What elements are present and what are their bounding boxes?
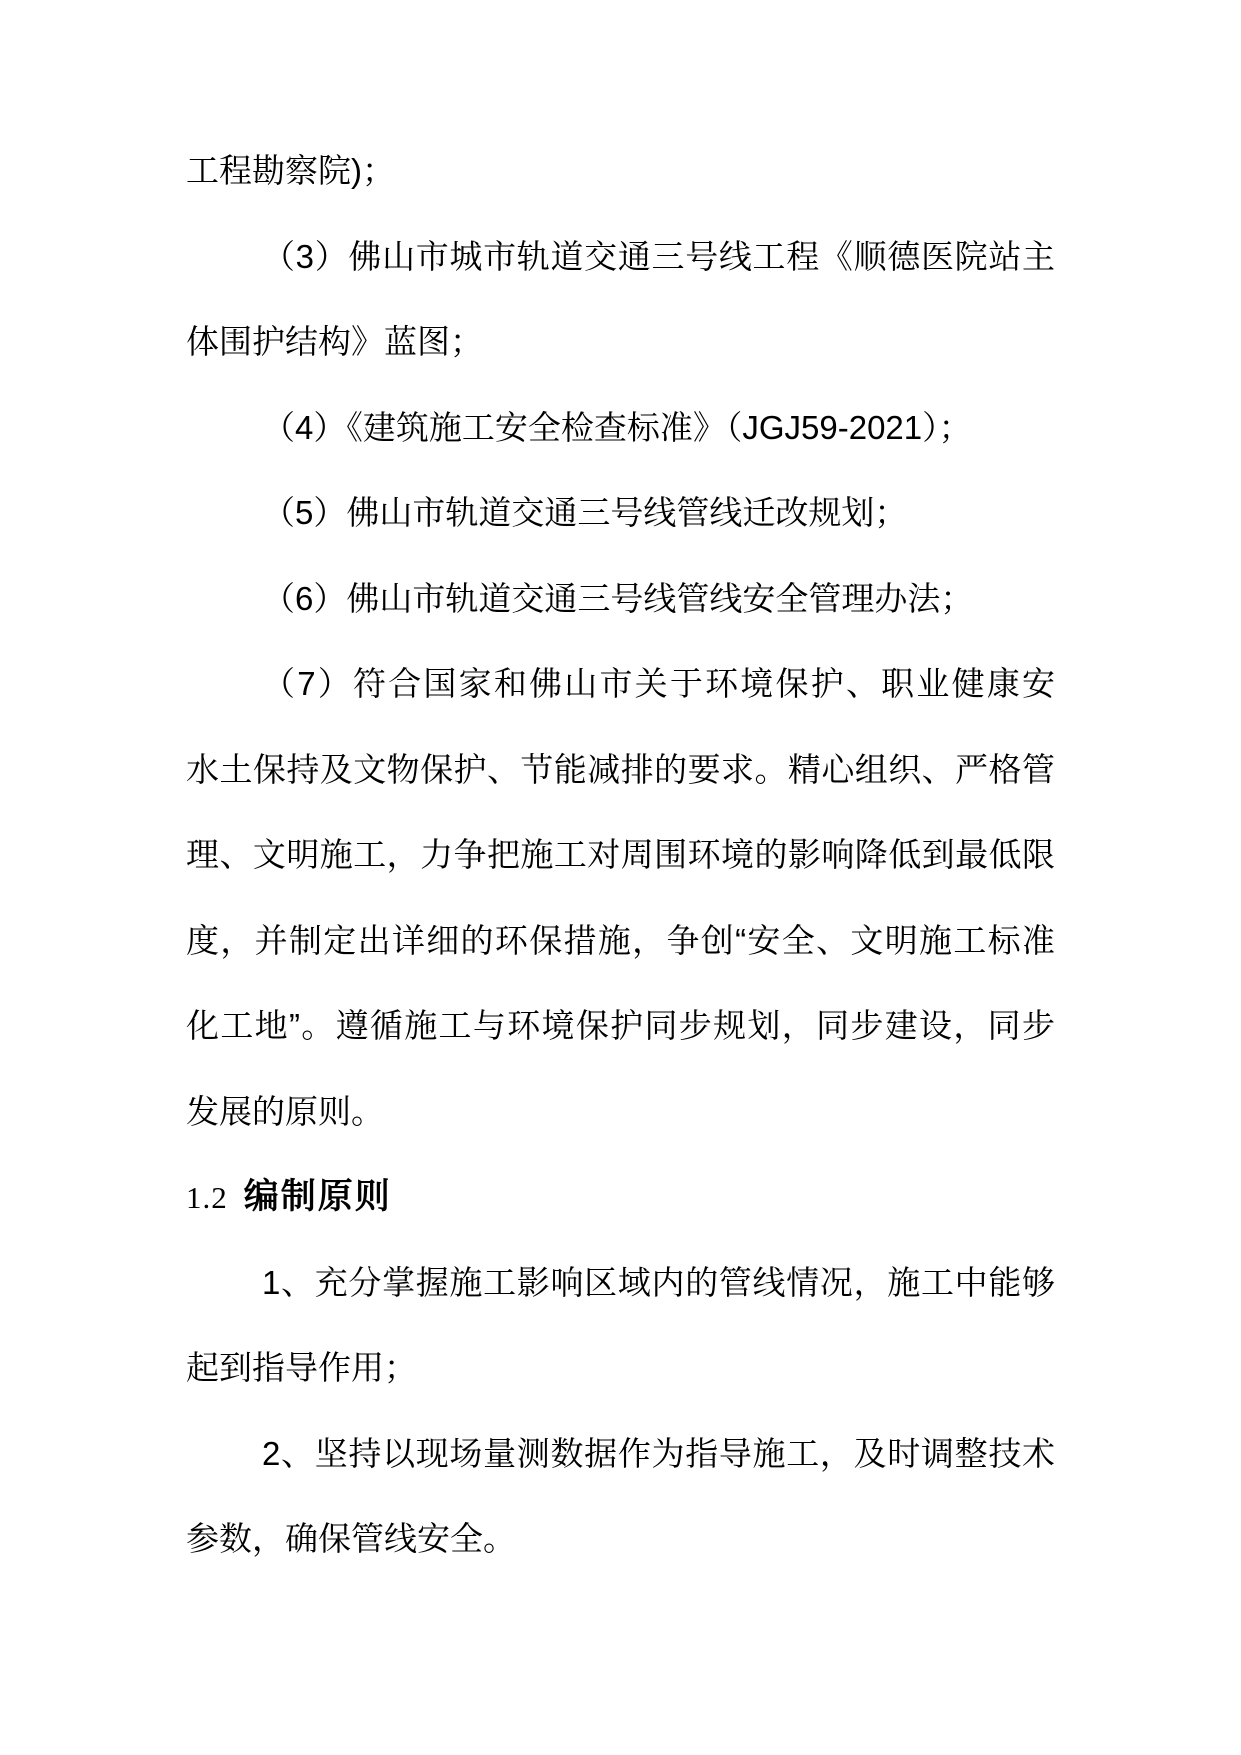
document-line: 发展的原则。: [186, 1069, 1055, 1155]
document-line: 水土保持及文物保护、节能减排的要求。精心组织、严格管: [186, 727, 1055, 813]
document-line: （5）佛山市轨道交通三号线管线迁改规划；: [186, 470, 1055, 556]
document-line: 参数，确保管线安全。: [186, 1496, 1055, 1582]
section-heading: 1.2编制原则: [186, 1154, 1055, 1240]
heading-title: 编制原则: [244, 1177, 392, 1216]
document-line: 2、坚持以现场量测数据作为指导施工，及时调整技术: [186, 1411, 1055, 1497]
document-line: 理、文明施工，力争把施工对周围环境的影响降低到最低限: [186, 812, 1055, 898]
document-line: 化工地”。遵循施工与环境保护同步规划，同步建设，同步: [186, 983, 1055, 1069]
document-line: （4）《建筑施工安全检查标准》（JGJ59-2021）；: [186, 385, 1055, 471]
heading-number: 1.2: [186, 1180, 228, 1215]
document-line: 度，并制定出详细的环保措施，争创“安全、文明施工标准: [186, 898, 1055, 984]
document-line: 体围护结构》蓝图；: [186, 299, 1055, 385]
document-line: （7）符合国家和佛山市关于环境保护、职业健康安全、: [186, 641, 1055, 727]
document-line: （3）佛山市城市轨道交通三号线工程《顺德医院站主: [186, 214, 1055, 300]
document-line: 工程勘察院)；: [186, 128, 1055, 214]
document-line: （6）佛山市轨道交通三号线管线安全管理办法；: [186, 556, 1055, 642]
document-line: 起到指导作用；: [186, 1325, 1055, 1411]
document-line: 1、充分掌握施工影响区域内的管线情况，施工中能够: [186, 1240, 1055, 1326]
document-page: 工程勘察院)； （3）佛山市城市轨道交通三号线工程《顺德医院站主 体围护结构》蓝…: [0, 0, 1241, 1755]
